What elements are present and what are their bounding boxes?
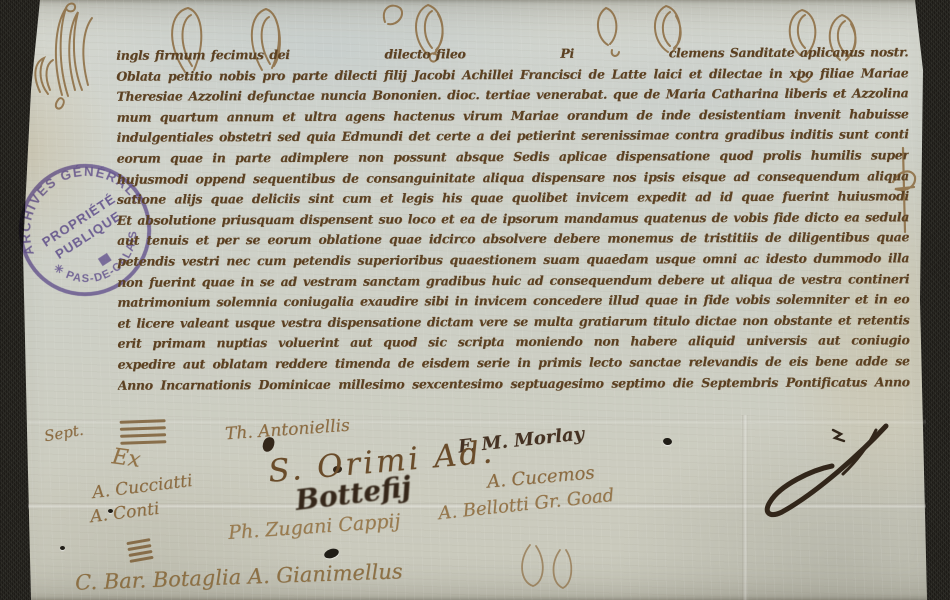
line1-fragment: ingls firmum fecimus dei [116,45,290,66]
tally-marks-bottom [126,538,153,563]
tally-stroke [120,426,166,430]
line1-fragment: dilecto fileo [384,44,465,65]
tally-marks-top [120,419,167,444]
manuscript-line: Anno Incarnationis Dominicae millesimo s… [118,372,910,396]
manuscript-line: ingls firmum fecimus dei dilecto fileo P… [116,42,908,66]
manuscript-body: ingls firmum fecimus dei dilecto fileo P… [116,42,910,396]
line1-fragment: Pi [560,44,574,65]
tally-stroke [120,433,166,437]
tally-stroke [120,419,166,423]
signature-ex-mark: Ex [110,444,142,473]
manuscript-photo: ARCHIVES GÉNÉRALES ✳ PAS-DE-CALAIS PROPR… [0,0,950,600]
vertical-crease [742,415,748,600]
manuscript-line: expedire aut oblatam reddere timenda de … [118,351,910,375]
manuscript-line: petendis vestri nec cum petendis superio… [117,248,909,272]
manuscript-line: eorum quae in parte adimplere non possun… [117,145,909,169]
line1-fragment: clemens Sanditate aplicanus nostr. [669,42,909,64]
stamp-ink-blob [98,253,112,266]
parchment-pinhole [60,546,65,550]
